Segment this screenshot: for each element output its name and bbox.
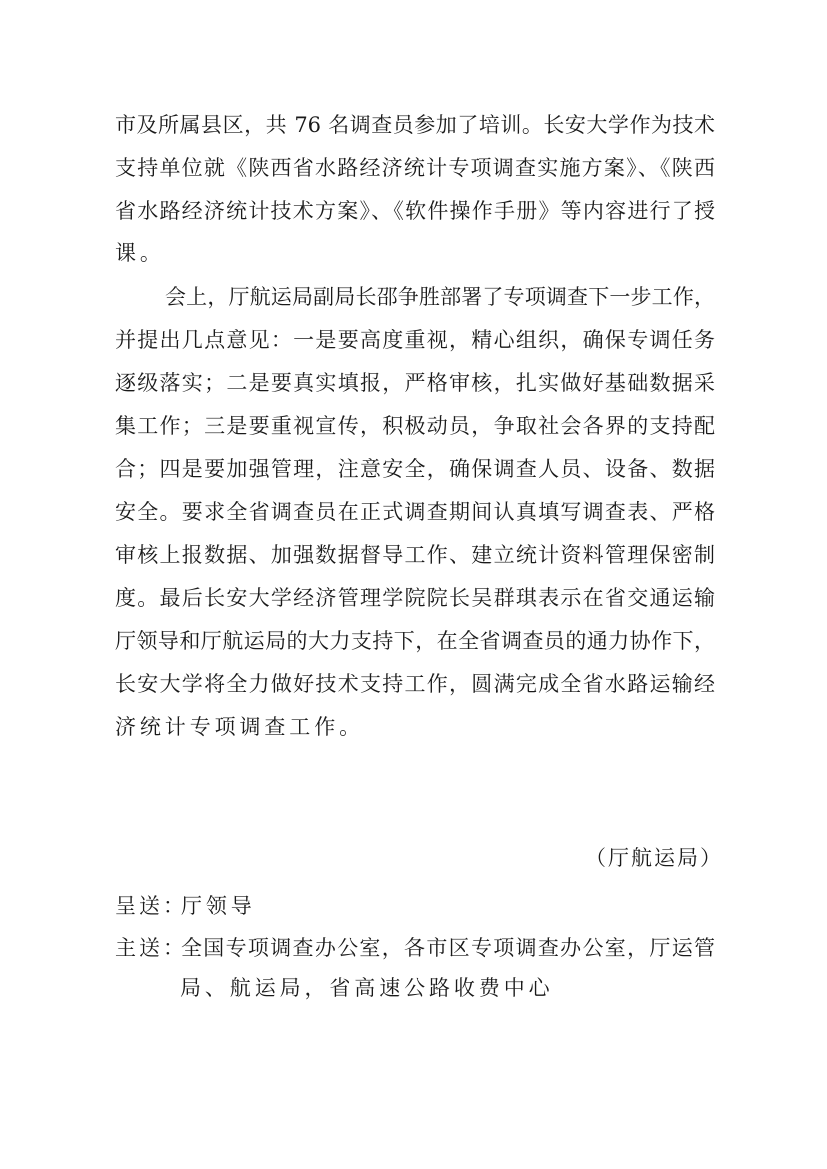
send-to-value-line-2: 局、航运局，省高速公路收费中心 [180,973,554,1003]
paragraph-training-line-3: 省水路经济统计技术方案》、《软件操作手册》等内容进行了授 [115,196,715,226]
send-to-label: 主送： [115,933,181,963]
paragraph-deployment-line-6: 安全。要求全省调查员在正式调查期间认真填写调查表、严格 [115,497,715,527]
paragraph-deployment-line-11: 济统计专项调查工作。 [115,712,715,742]
distribution-submit-to: 呈送：厅领导 [115,891,256,921]
distribution-send-to: 主送： [115,933,181,963]
paragraph-deployment-line-1: 会上，厅航运局副局长邵争胜部署了专项调查下一步工作， [165,282,715,312]
paragraph-deployment-line-2: 并提出几点意见：一是要高度重视，精心组织，确保专调任务 [115,325,715,355]
issuing-office-signature: （厅航运局） [585,843,723,873]
document-page: 市及所属县区，共 76 名调查员参加了培训。长安大学作为技术 支持单位就《陕西省… [0,0,827,1169]
paragraph-training-line-2: 支持单位就《陕西省水路经济统计专项调查实施方案》、《陕西 [115,153,715,183]
paragraph-deployment-line-7: 审核上报数据、加强数据督导工作、建立统计资料管理保密制 [115,540,715,570]
submit-to-label: 呈送： [115,891,181,921]
paragraph-deployment-line-9: 厅领导和厅航运局的大力支持下，在全省调查员的通力协作下， [115,626,715,656]
paragraph-deployment-line-5: 合；四是要加强管理，注意安全，确保调查人员、设备、数据 [115,454,715,484]
paragraph-training-line-1: 市及所属县区，共 76 名调查员参加了培训。长安大学作为技术 [115,110,715,140]
paragraph-deployment-line-8: 度。最后长安大学经济管理学院院长吴群琪表示在省交通运输 [115,583,715,613]
paragraph-training-line-4: 课。 [115,238,715,268]
send-to-value-line-1: 全国专项调查办公室，各市区专项调查办公室，厅运管 [181,933,715,963]
paragraph-deployment-line-10: 长安大学将全力做好技术支持工作，圆满完成全省水路运输经 [115,669,715,699]
paragraph-deployment-line-4: 集工作；三是要重视宣传，积极动员，争取社会各界的支持配 [115,411,715,441]
paragraph-deployment-line-3: 逐级落实；二是要真实填报，严格审核，扎实做好基础数据采 [115,368,715,398]
submit-to-value: 厅领导 [181,891,256,921]
